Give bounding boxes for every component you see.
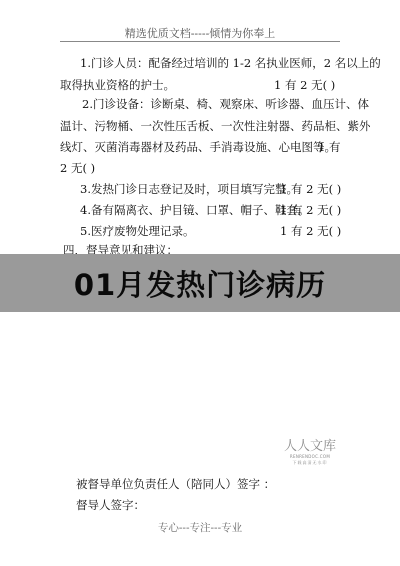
item-2-line-1: 2.门诊设备：诊断桌、椅、观察床、听诊器、血压计、体 — [82, 96, 369, 112]
item-2-option: 1 有 — [318, 139, 340, 155]
item-5-option: 1 有 2 无( ) — [280, 223, 341, 239]
document-footer: 专心---专注---专业 — [60, 520, 340, 535]
item-1-line-2: 取得执业资格的护士。 — [60, 77, 175, 93]
item-5-line: 5.医疗废物处理记录。 — [80, 223, 194, 239]
item-3-line: 3.发热门诊日志登记及时，项目填写完整。 — [80, 181, 298, 197]
title-banner: 01月发热门诊病历 — [0, 254, 400, 312]
watermark-title: 人人文库 — [282, 440, 338, 454]
supervised-unit-signature: 被督导单位负责任人（陪同人）签字 ： — [76, 476, 275, 492]
document-header: 精选优质文档-----倾情为你奉上 — [60, 25, 340, 41]
watermark-logo: 人人文库 RENRENDOC.COM 下载高清无水印 — [282, 440, 338, 465]
item-3-option: 1 有 2 无( ) — [280, 181, 341, 197]
item-1-line-1: 1.门诊人员：配备经过培训的 1-2 名执业医师，2 名以上的 — [80, 55, 381, 71]
supervisor-signature: 督导人签字： — [76, 497, 145, 513]
header-divider — [60, 41, 340, 42]
watermark-subtitle: 下载高清无水印 — [282, 460, 338, 465]
item-4-option: 1 有 2 无( ) — [280, 202, 341, 218]
item-2-line-2: 温计、污物桶、一次性压舌板、一次性注射器、药品柜、紫外 — [60, 118, 371, 134]
item-4-line: 4.备有隔离衣、护目镜、口罩、帽子、鞋套。 — [80, 202, 309, 218]
item-1-option: 1 有 2 无( ) — [274, 77, 335, 93]
item-2-line-3: 线灯、灭菌消毒器材及药品、手消毒设施、心电图等。 — [60, 139, 336, 155]
banner-title: 01月发热门诊病历 — [74, 263, 326, 304]
item-2-option-cont: 2 无( ) — [60, 160, 95, 176]
